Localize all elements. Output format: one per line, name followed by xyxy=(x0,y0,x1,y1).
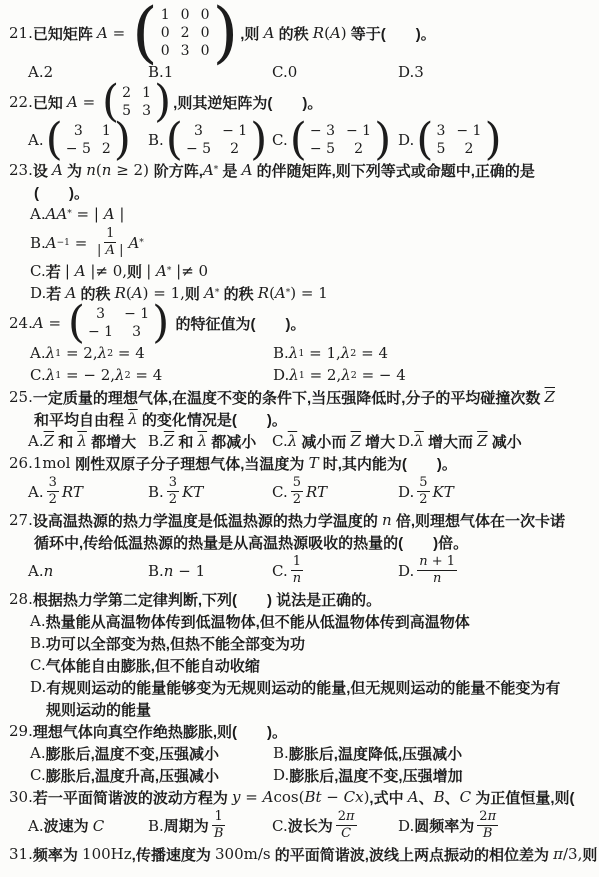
options-row: A.nB.n − 1C.1nD.n + 1n xyxy=(0,553,599,588)
text-run: 膨胀后,温度不变,压强增加 xyxy=(289,765,462,786)
text-run: ( )。 xyxy=(34,182,89,203)
option-item: B.(3− 1− 52) xyxy=(148,121,272,159)
fraction: 32 xyxy=(47,475,59,508)
exam-paper-page: 21.已知矩阵 A = (100020030),则 A 的秩 R(A) 等于( … xyxy=(0,0,599,877)
matrix-cell: 1 xyxy=(142,84,151,102)
question-number: 30. xyxy=(9,788,33,806)
text-run: λ xyxy=(341,366,351,384)
question-number: 21. xyxy=(9,24,33,42)
text-run: D. xyxy=(398,483,414,501)
option-item: D.(3− 152) xyxy=(398,121,599,159)
option-item: C.λ1 = − 2,λ2 = 4 xyxy=(30,366,273,384)
text-run: 2 xyxy=(479,809,487,825)
text-run: ≠ 0 xyxy=(181,262,208,280)
text-run: = xyxy=(78,93,100,111)
question-number: 22. xyxy=(9,93,33,111)
option-item: D.λ1 = 2,λ2 = − 4 xyxy=(273,366,599,384)
text-run: B. xyxy=(148,483,164,501)
text-run: A xyxy=(263,788,274,806)
text-run: | xyxy=(97,243,106,259)
fraction: 1B xyxy=(212,809,226,842)
question-line: 21.已知矩阵 A = (100020030),则 A 的秩 R(A) 等于( … xyxy=(0,5,599,61)
option-line: C.气体能自由膨胀,但不能自动收缩 xyxy=(0,654,599,676)
text-run: 、 xyxy=(445,787,460,808)
text-run: A. xyxy=(28,131,44,149)
fraction: 1n xyxy=(291,554,303,587)
text-run: C. xyxy=(272,562,288,580)
text-run: = 2, xyxy=(61,344,97,362)
option-item: A.n xyxy=(28,562,148,580)
text-run: 等于( )。 xyxy=(347,23,436,44)
text-run: ≠ 0, xyxy=(95,262,127,280)
matrix-paren-left: ( xyxy=(46,122,63,157)
text-run: 的特征值为( )。 xyxy=(171,313,305,334)
matrix-cell: 3 xyxy=(186,122,211,140)
matrix-cell: 2 xyxy=(122,84,131,102)
text-run: 2 xyxy=(44,63,54,81)
option-item: D.λ 增大而 Z 减小 xyxy=(398,431,599,452)
matrix-cell: 1 xyxy=(161,6,170,24)
text-run: RT xyxy=(62,483,83,501)
option-item: A.2 xyxy=(28,63,148,81)
text-run: 若 xyxy=(46,261,65,282)
question-number: 25. xyxy=(9,388,33,406)
matrix-cell: − 1 xyxy=(346,122,371,140)
text-run: C. xyxy=(30,366,46,384)
fraction-denominator: | A | xyxy=(95,243,125,259)
text-run: n xyxy=(164,562,174,580)
text-run: 5 xyxy=(419,475,427,491)
matrix-cell: 3 xyxy=(66,122,91,140)
matrix-paren-left: ( xyxy=(290,122,307,157)
matrix-paren-left: ( xyxy=(166,122,183,157)
text-run: A xyxy=(46,234,57,252)
text-run: n xyxy=(44,562,54,580)
text-run: 2 xyxy=(338,809,346,825)
text-run: D. xyxy=(398,817,414,835)
text-run: A. xyxy=(28,432,44,450)
text-run: A. xyxy=(30,205,46,223)
matrix-cell: − 5 xyxy=(66,140,91,158)
fraction: 2πB xyxy=(477,809,498,842)
text-run: 和 xyxy=(54,431,77,452)
text-run: λ xyxy=(289,344,299,362)
option-item: B.膨胀后,温度降低,压强减小 xyxy=(273,743,599,764)
fraction-denominator: n xyxy=(431,571,443,587)
text-run: = xyxy=(108,24,130,42)
text-run: 功可以全部变为热,但热不能全部变为功 xyxy=(46,633,305,654)
matrix-cell: − 1 xyxy=(456,122,481,140)
question-number: 24. xyxy=(9,314,33,332)
text-run: B. xyxy=(148,562,164,580)
text-run: ,则其逆矩阵为( )。 xyxy=(173,92,322,113)
text-run: = 4 xyxy=(131,366,163,384)
text-run: C. xyxy=(272,432,288,450)
text-run: B. xyxy=(273,344,289,362)
text-run: KT xyxy=(433,483,454,501)
option-item: C.λ 减小而 Z 增大 xyxy=(272,431,398,452)
text-run: n xyxy=(102,161,112,179)
option-line: B.A−1 = 1| A |A* xyxy=(0,225,599,260)
text-run: n xyxy=(419,554,427,570)
fraction-denominator: 2 xyxy=(167,492,179,508)
text-run: 和平均自由程 xyxy=(34,409,128,430)
text-run: − xyxy=(322,788,344,806)
text-run: C xyxy=(460,788,471,806)
text-run: = − 2, xyxy=(61,366,115,384)
matrix-cells: 31− 52 xyxy=(63,122,114,158)
text-run: B. xyxy=(30,234,46,252)
text-run: A. xyxy=(28,63,44,81)
text-run: 规则运动的能量 xyxy=(46,699,151,720)
text-run: 一定质量的理想气体,在温度不变的条件下,当压强降低时,分子的平均碰撞次数 xyxy=(33,387,545,408)
text-run: 则 xyxy=(127,261,146,282)
fraction-denominator: 2 xyxy=(47,492,59,508)
text-run: 100Hz xyxy=(82,845,132,863)
text-run: λ xyxy=(198,432,208,450)
text-run: | xyxy=(86,262,96,280)
option-item: C.52RT xyxy=(272,474,398,509)
options-row: A.32RTB.32KTC.52RTD.52KT xyxy=(0,474,599,509)
text-run: 减小而 xyxy=(297,431,350,452)
matrix-cell: − 5 xyxy=(310,140,335,158)
text-run: λ xyxy=(414,432,424,450)
text-run: = 4 xyxy=(113,344,145,362)
text-run: B. xyxy=(148,817,164,835)
matrix-cell: 3 xyxy=(142,102,151,120)
text-run: λ xyxy=(98,344,108,362)
text-run: C. xyxy=(272,817,288,835)
text-run: 已知 xyxy=(33,92,67,113)
text-run: B xyxy=(214,826,224,842)
text-run: 2 xyxy=(49,492,57,508)
text-run: 是 xyxy=(218,160,241,181)
text-run: D. xyxy=(398,562,414,580)
text-run: 则 xyxy=(582,844,597,865)
fraction-denominator: 2 xyxy=(417,492,429,508)
text-run: 的秩 xyxy=(274,23,312,44)
matrix-cell: − 1 xyxy=(222,122,247,140)
text-run: C. xyxy=(30,656,46,674)
text-run: 膨胀后,温度升高,压强减小 xyxy=(46,765,219,786)
text-run: 减小 xyxy=(488,431,522,452)
options-row: A.2B.1C.0D.3 xyxy=(0,61,599,83)
text-run: 都减小 xyxy=(207,431,256,452)
option-item: D.3 xyxy=(398,63,599,81)
fraction-numerator: 3 xyxy=(167,475,179,492)
text-run: π xyxy=(346,809,355,825)
text-run: 热量能从高温物体传到低温物体,但不能从低温物体传到高温物体 xyxy=(46,611,470,632)
question-number: 27. xyxy=(9,511,33,529)
question-line: 23.设 A 为 n(n ≥ 2) 阶方阵,A* 是 A 的伴随矩阵,则下列等式… xyxy=(0,159,599,181)
fraction: 52 xyxy=(291,475,303,508)
text-run: T xyxy=(309,454,319,472)
text-run: = 2, xyxy=(305,366,341,384)
text-run: C xyxy=(93,817,104,835)
text-run: | xyxy=(115,243,124,259)
question-line: 31.频率为 100Hz,传播速度为 300m/s 的平面简谐波,波线上两点振动… xyxy=(0,843,599,865)
text-run: 时,其内能为( )。 xyxy=(319,453,457,474)
matrix-cell: 1 xyxy=(102,122,111,140)
text-run: Bt xyxy=(304,788,321,806)
text-run: λ xyxy=(46,344,56,362)
text-run: C xyxy=(341,826,351,842)
question-number: 23. xyxy=(9,161,33,179)
text-run: 的平面简谐波,波线上两点振动的相位差为 xyxy=(271,844,554,865)
text-run: A xyxy=(128,234,139,252)
text-run: 设高温热源的热力学温度是低温热源的热力学温度的 xyxy=(33,510,382,531)
text-run: A xyxy=(264,24,275,42)
matrix-paren-right: ) xyxy=(484,122,501,157)
options-row: C.膨胀后,温度升高,压强减小D.膨胀后,温度不变,压强增加 xyxy=(0,764,599,786)
matrix-cells: 3− 1− 52 xyxy=(183,122,250,158)
matrix: (− 3− 1− 52) xyxy=(290,122,392,158)
text-run: C. xyxy=(272,131,288,149)
text-run: A. xyxy=(30,344,46,362)
option-line: D.有规则运动的能量能够变为无规则运动的能量,但无规则运动的能量不能变为有 xyxy=(0,676,599,698)
fraction: 52 xyxy=(417,475,429,508)
text-run: n xyxy=(382,511,392,529)
fraction-numerator: 1 xyxy=(104,226,116,243)
question-line: 28.根据热力学第二定律判断,下列( ) 说法是正确的。 xyxy=(0,588,599,610)
fraction-numerator: 1 xyxy=(291,554,303,571)
option-item: D.圆频率为2πB xyxy=(398,808,599,843)
text-run: 刚性双原子分子理想气体,当温度为 xyxy=(75,453,308,474)
text-run: 的伴随矩阵,则下列等式或命题中,正确的是 xyxy=(252,160,535,181)
question-line-continued: 循环中,传给低温热源的热量是从高温热源吸收的热量的( )倍。 xyxy=(0,531,599,553)
fraction-numerator: n + 1 xyxy=(417,554,457,571)
text-run: n xyxy=(86,161,96,179)
option-item: D.n + 1n xyxy=(398,553,599,588)
option-line: C.若 | A |≠ 0,则 | A* |≠ 0 xyxy=(0,260,599,282)
text-run: 、 xyxy=(419,787,434,808)
text-run: A xyxy=(106,243,115,259)
fraction-denominator: B xyxy=(481,826,495,842)
matrix-cell: 0 xyxy=(181,6,190,24)
matrix-cell: 2 xyxy=(181,24,190,42)
text-run: 2 xyxy=(169,492,177,508)
text-run: A xyxy=(204,284,215,302)
matrix-cell: − 1 xyxy=(124,305,149,323)
text-run: A xyxy=(33,314,44,332)
text-run: 1mol xyxy=(33,454,75,472)
text-run: 已知矩阵 xyxy=(33,23,97,44)
fraction: 32 xyxy=(167,475,179,508)
options-row: C.λ1 = − 2,λ2 = 4D.λ1 = 2,λ2 = − 4 xyxy=(0,364,599,386)
text-run: 增大而 xyxy=(424,431,477,452)
matrix-cell: − 5 xyxy=(186,140,211,158)
text-run: * xyxy=(139,238,144,248)
matrix-cell: 3 xyxy=(88,305,113,323)
option-line: A.热量能从高温物体传到低温物体,但不能从低温物体传到高温物体 xyxy=(0,610,599,632)
text-run: − 1 xyxy=(173,562,205,580)
option-item: B.周期为1B xyxy=(148,808,272,843)
option-item: A.膨胀后,温度不变,压强减小 xyxy=(30,743,273,764)
text-run: 为正值恒量,则( )。 xyxy=(471,787,599,808)
text-run: | xyxy=(171,262,181,280)
text-run: 有规则运动的能量能够变为无规则运动的能量,但无规则运动的能量不能变为有 xyxy=(46,677,560,698)
text-run: = xyxy=(70,234,92,252)
text-run: ) = 1 xyxy=(290,284,328,302)
text-run: 若 xyxy=(46,283,65,304)
text-run: D. xyxy=(30,678,46,696)
matrix-paren-right: ) xyxy=(114,122,131,157)
text-run: 设 xyxy=(33,160,52,181)
text-run: | xyxy=(115,205,125,223)
option-item: D.52KT xyxy=(398,474,599,509)
matrix-paren-left: ( xyxy=(132,7,158,60)
matrix: (3− 152) xyxy=(416,122,501,158)
text-run: λ xyxy=(341,344,351,362)
text-run: 5 xyxy=(293,475,301,491)
text-run: Z xyxy=(44,432,54,450)
text-run: A xyxy=(97,24,108,42)
question-line: 29.理想气体向真空作绝热膨胀,则( )。 xyxy=(0,720,599,742)
text-run: A. xyxy=(28,562,44,580)
option-item: B.λ1 = 1,λ2 = 4 xyxy=(273,344,599,362)
fraction: n + 1n xyxy=(417,554,457,587)
text-run: B. xyxy=(273,744,289,762)
text-run: D. xyxy=(30,284,46,302)
text-run: λ xyxy=(289,366,299,384)
text-run: | xyxy=(146,262,156,280)
text-run: KT xyxy=(182,483,203,501)
matrix-cell: 2 xyxy=(346,140,371,158)
fraction-numerator: 5 xyxy=(417,475,429,492)
text-run: 1 xyxy=(293,554,301,570)
text-run: A xyxy=(203,161,214,179)
text-run: R xyxy=(313,24,324,42)
text-run: A. xyxy=(28,817,44,835)
matrix: (2153) xyxy=(102,84,171,120)
text-run: 膨胀后,温度不变,压强减小 xyxy=(46,743,219,764)
text-run: Z xyxy=(164,432,174,450)
question-number: 29. xyxy=(9,722,33,740)
matrix: (31− 52) xyxy=(46,122,131,158)
matrix-cells: 3− 152 xyxy=(433,122,484,158)
matrix-cell: 3 xyxy=(181,42,190,60)
option-line: A.AA* = | A | xyxy=(0,203,599,225)
text-run: A xyxy=(156,262,167,280)
text-run: 倍,则理想气体在一次卡诺 xyxy=(392,510,565,531)
text-run: 根据热力学第二定律判断,下列( ) 说法是正确的。 xyxy=(33,589,381,610)
option-item: C.(− 3− 1− 52) xyxy=(272,121,398,159)
text-run: 膨胀后,温度降低,压强减小 xyxy=(289,743,462,764)
text-run: ≥ 2) xyxy=(111,161,153,179)
text-run: 1 xyxy=(106,226,114,242)
option-item: A.32RT xyxy=(28,474,148,509)
text-run: A xyxy=(52,161,63,179)
text-run: A xyxy=(67,93,78,111)
fraction-numerator: 1 xyxy=(212,809,224,826)
text-run: Z xyxy=(477,432,487,450)
text-run: C. xyxy=(272,483,288,501)
text-run: 的变化情况是( )。 xyxy=(138,409,287,430)
text-run: = | xyxy=(72,205,104,223)
text-run: = 4 xyxy=(356,344,388,362)
text-run: cos( xyxy=(273,788,304,806)
text-run: π xyxy=(553,845,563,863)
text-run: B xyxy=(483,826,493,842)
text-run: B xyxy=(434,788,445,806)
text-run: A. xyxy=(28,483,44,501)
matrix-paren-right: ) xyxy=(374,122,391,157)
option-item: D.膨胀后,温度不变,压强增加 xyxy=(273,765,599,786)
text-run: 若一平面简谐波的波动方程为 xyxy=(33,787,232,808)
text-run: Z xyxy=(351,432,361,450)
text-run: Cx xyxy=(344,788,364,806)
text-run: = xyxy=(241,788,263,806)
matrix-paren-left: ( xyxy=(416,122,433,157)
text-run: AA xyxy=(46,205,68,223)
option-item: A.(31− 52) xyxy=(28,121,148,159)
text-run: A xyxy=(75,262,86,280)
text-run: 理想气体向真空作绝热膨胀,则( )。 xyxy=(33,721,287,742)
text-run: B. xyxy=(30,634,46,652)
text-run: A xyxy=(104,205,115,223)
option-item: C.波长为2πC xyxy=(272,808,398,843)
text-run: n xyxy=(293,571,301,587)
question-line: 26.1mol 刚性双原子分子理想气体,当温度为 T 时,其内能为( )。 xyxy=(0,452,599,474)
matrix-cell: 2 xyxy=(222,140,247,158)
question-number: 28. xyxy=(9,590,33,608)
text-run: λ xyxy=(77,432,87,450)
fraction: 2πC xyxy=(336,809,357,842)
text-run: A xyxy=(330,24,341,42)
text-run: 都增大 xyxy=(87,431,136,452)
text-run: B. xyxy=(148,131,164,149)
matrix: (3− 1− 13) xyxy=(68,305,170,341)
option-item: C.0 xyxy=(272,63,398,81)
text-run: R xyxy=(258,284,269,302)
text-run: y xyxy=(232,788,240,806)
matrix-cell: 0 xyxy=(161,42,170,60)
fraction-denominator: C xyxy=(339,826,353,842)
text-run: 气体能自由膨胀,但不能自动收缩 xyxy=(46,655,260,676)
text-run: 周期为 xyxy=(164,815,209,836)
text-run: 波速为 xyxy=(44,815,93,836)
option-item: B.Z 和 λ 都减小 xyxy=(148,431,272,452)
fraction-denominator: 2 xyxy=(291,492,303,508)
text-run: D. xyxy=(273,766,289,784)
text-run: 为 xyxy=(63,160,86,181)
text-run: /3, xyxy=(563,845,582,863)
question-line-continued: 规则运动的能量 xyxy=(0,698,599,720)
text-run: 2 xyxy=(293,492,301,508)
options-row: A.Z 和 λ 都增大B.Z 和 λ 都减小C.λ 减小而 Z 增大D.λ 增大… xyxy=(0,430,599,452)
option-item: A.波速为 C xyxy=(28,815,148,836)
question-line-continued: ( )。 xyxy=(0,181,599,203)
text-run: 波长为 xyxy=(288,815,333,836)
text-run: 1 xyxy=(214,809,222,825)
matrix-cell: 5 xyxy=(436,140,445,158)
text-run: + 1 xyxy=(428,554,455,570)
text-run: 和 xyxy=(174,431,197,452)
question-line: 30.若一平面简谐波的波动方程为 y = Acos(Bt − Cx),式中 A、… xyxy=(0,786,599,808)
question-line-continued: 和平均自由程 λ 的变化情况是( )。 xyxy=(0,408,599,430)
text-run: 3 xyxy=(49,475,57,491)
text-run: B. xyxy=(148,432,164,450)
text-run: ,式中 xyxy=(369,787,407,808)
text-run: A. xyxy=(30,744,46,762)
text-run: 2 xyxy=(419,492,427,508)
text-run: = − 4 xyxy=(357,366,406,384)
text-run: C. xyxy=(30,262,46,280)
matrix-cell: − 1 xyxy=(88,323,113,341)
option-item: B.32KT xyxy=(148,474,272,509)
text-run: C. xyxy=(272,63,288,81)
text-run: R xyxy=(115,284,126,302)
